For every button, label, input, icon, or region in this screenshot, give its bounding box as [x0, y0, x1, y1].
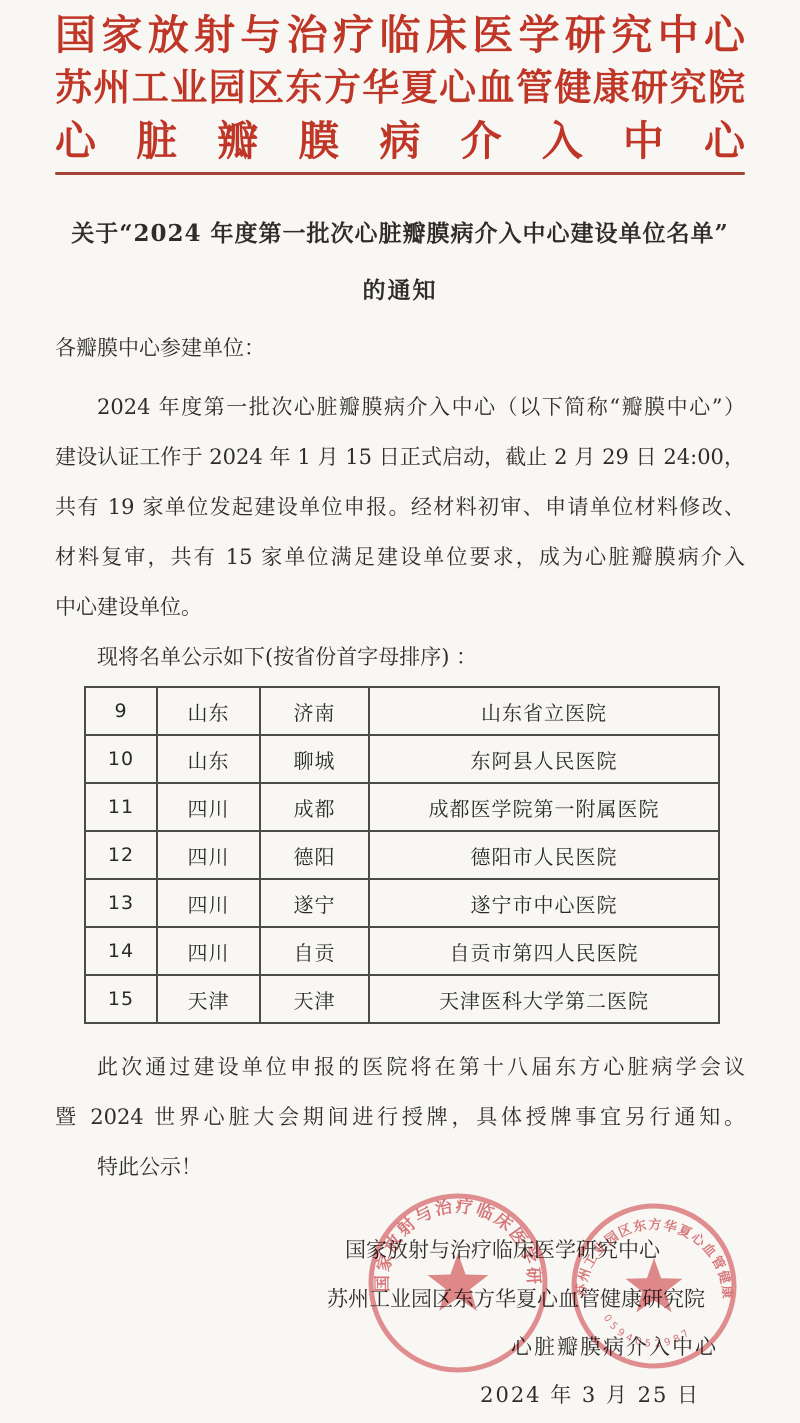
table-row: 12 四川 德阳 德阳市人民医院	[85, 831, 719, 879]
paragraph-1-line: 中心建设单位。	[55, 582, 745, 632]
hospital-table: 9 山东 济南 山东省立医院 10 山东 聊城 东阿县人民医院 11 四川 成都…	[84, 686, 720, 1024]
document-page: 国家放射与治疗临床医学研究中心 苏州工业园区东方华夏心血管健康研究院 心脏瓣膜病…	[0, 0, 800, 1423]
cell-hospital: 东阿县人民医院	[369, 735, 719, 783]
signature-org-line-3: 心脏瓣膜病介入中心	[511, 1331, 718, 1361]
salutation: 各瓣膜中心参建单位：	[55, 332, 265, 362]
paragraph-2-line: 此次通过建设单位申报的医院将在第十八届东方心脏病学会议	[55, 1042, 745, 1092]
paragraph-1-line: 共有 19 家单位发起建设单位申报。经材料初审、申请单位材料修改、	[55, 482, 745, 532]
letterhead-org-line-1: 国家放射与治疗临床医学研究中心	[55, 10, 745, 60]
paragraph-1-line: 建设认证工作于 2024 年 1 月 15 日正式启动，截止 2 月 29 日 …	[55, 432, 745, 482]
cell-index: 14	[85, 927, 157, 975]
letterhead: 国家放射与治疗临床医学研究中心 苏州工业园区东方华夏心血管健康研究院 心脏瓣膜病…	[55, 10, 745, 166]
cell-province: 天津	[157, 975, 260, 1023]
cell-index: 13	[85, 879, 157, 927]
cell-hospital: 山东省立医院	[369, 687, 719, 735]
letterhead-org-line-2: 苏州工业园区东方华夏心血管健康研究院	[55, 62, 745, 112]
table-row: 13 四川 遂宁 遂宁市中心医院	[85, 879, 719, 927]
letterhead-org-line-3: 心脏瓣膜病介入中心	[55, 116, 745, 166]
cell-province: 山东	[157, 687, 260, 735]
cell-index: 10	[85, 735, 157, 783]
signature-org-line-2: 苏州工业园区东方华夏心血管健康研究院	[327, 1283, 705, 1313]
table-row: 9 山东 济南 山东省立医院	[85, 687, 719, 735]
table-row: 15 天津 天津 天津医科大学第二医院	[85, 975, 719, 1023]
list-intro: 现将名单公示如下(按省份首字母排序) ：	[55, 632, 745, 682]
cell-province: 四川	[157, 927, 260, 975]
cell-city: 自贡	[260, 927, 369, 975]
cell-province: 四川	[157, 879, 260, 927]
cell-city: 遂宁	[260, 879, 369, 927]
paragraph-2-line: 暨 2024 世界心脏大会期间进行授牌，具体授牌事宜另行通知。	[55, 1092, 745, 1142]
cell-province: 四川	[157, 831, 260, 879]
paragraph-2: 此次通过建设单位申报的医院将在第十八届东方心脏病学会议 暨 2024 世界心脏大…	[55, 1042, 745, 1142]
cell-index: 9	[85, 687, 157, 735]
signature-date: 2024 年 3 月 25 日	[480, 1379, 700, 1409]
paragraph-1: 2024 年度第一批次心脏瓣膜病介入中心（以下简称“瓣膜中心”） 建设认证工作于…	[55, 382, 745, 632]
cell-hospital: 遂宁市中心医院	[369, 879, 719, 927]
cell-index: 11	[85, 783, 157, 831]
cell-city: 德阳	[260, 831, 369, 879]
paragraph-1-line: 材料复审，共有 15 家单位满足建设单位要求，成为心脏瓣膜病介入	[55, 532, 745, 582]
cell-hospital: 德阳市人民医院	[369, 831, 719, 879]
cell-hospital: 成都医学院第一附属医院	[369, 783, 719, 831]
cell-index: 12	[85, 831, 157, 879]
table-row: 11 四川 成都 成都医学院第一附属医院	[85, 783, 719, 831]
cell-city: 天津	[260, 975, 369, 1023]
table-row: 10 山东 聊城 东阿县人民医院	[85, 735, 719, 783]
cell-city: 聊城	[260, 735, 369, 783]
cell-city: 济南	[260, 687, 369, 735]
cell-province: 四川	[157, 783, 260, 831]
cell-hospital: 自贡市第四人民医院	[369, 927, 719, 975]
cell-province: 山东	[157, 735, 260, 783]
table-row: 14 四川 自贡 自贡市第四人民医院	[85, 927, 719, 975]
closing-statement: 特此公示！	[55, 1142, 202, 1192]
signature-org-line-1: 国家放射与治疗临床医学研究中心	[345, 1234, 660, 1264]
notice-title-line-1: 关于“2024 年度第一批次心脏瓣膜病介入中心建设单位名单”	[40, 218, 760, 250]
notice-title-line-2: 的通知	[40, 272, 760, 305]
letterhead-divider	[55, 172, 745, 175]
cell-index: 15	[85, 975, 157, 1023]
cell-city: 成都	[260, 783, 369, 831]
cell-hospital: 天津医科大学第二医院	[369, 975, 719, 1023]
paragraph-1-line: 2024 年度第一批次心脏瓣膜病介入中心（以下简称“瓣膜中心”）	[55, 382, 745, 432]
